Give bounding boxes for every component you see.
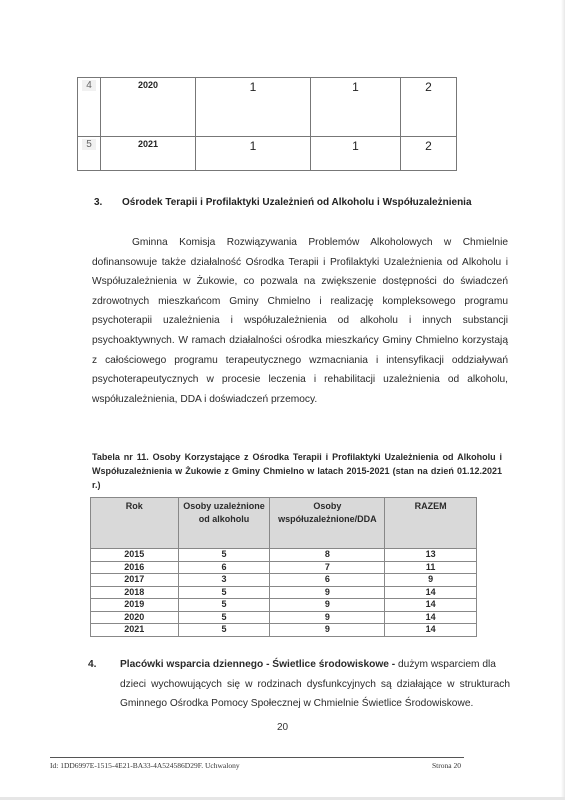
table-row: 20155813 bbox=[91, 549, 477, 562]
value-cell: 5 bbox=[178, 599, 270, 612]
section-title: Placówki wsparcia dziennego - Świetlice … bbox=[120, 659, 395, 670]
value-cell: 6 bbox=[270, 574, 385, 587]
year-cell: 2019 bbox=[91, 599, 179, 612]
paragraph-text: Gminna Komisja Rozwiązywania Problemów A… bbox=[92, 237, 508, 405]
footer-divider bbox=[50, 757, 464, 758]
value-cell: 1 bbox=[196, 137, 311, 171]
section-3-paragraph: Gminna Komisja Rozwiązywania Problemów A… bbox=[92, 233, 508, 409]
previous-table-continuation: 4 2020 1 1 2 5 2021 1 1 2 bbox=[77, 77, 457, 171]
value-cell: 1 bbox=[196, 78, 311, 137]
table-row: 2017369 bbox=[91, 574, 477, 587]
value-cell: 1 bbox=[311, 78, 401, 137]
value-cell: 5 bbox=[178, 624, 270, 637]
value-cell: 14 bbox=[385, 611, 477, 624]
year-cell: 2017 bbox=[91, 574, 179, 587]
row-number: 4 bbox=[82, 80, 96, 91]
footer-document-id: Id: 1DD6997E-1515-4E21-BA33-4A524586D29F… bbox=[50, 761, 240, 770]
value-cell: 8 bbox=[270, 549, 385, 562]
section-text: dużym wsparciem dla bbox=[395, 659, 496, 670]
value-cell: 9 bbox=[270, 611, 385, 624]
table-row: 20185914 bbox=[91, 586, 477, 599]
table-row: 20166711 bbox=[91, 561, 477, 574]
header-rok: Rok bbox=[91, 498, 179, 549]
value-cell: 9 bbox=[385, 574, 477, 587]
value-cell: 6 bbox=[178, 561, 270, 574]
footer-page-label: Strona 20 bbox=[432, 761, 461, 770]
value-cell: 5 bbox=[178, 549, 270, 562]
section-4: 4.Placówki wsparcia dziennego - Świetlic… bbox=[88, 655, 510, 714]
value-cell: 11 bbox=[385, 561, 477, 574]
table-row: 5 2021 1 1 2 bbox=[78, 137, 457, 171]
value-cell: 9 bbox=[270, 586, 385, 599]
row-number: 5 bbox=[82, 139, 96, 150]
value-cell: 14 bbox=[385, 624, 477, 637]
table-header-row: Rok Osoby uzależnione od alkoholu Osoby … bbox=[91, 498, 477, 549]
header-wspoluzaleznione: Osoby współuzależnione/DDA bbox=[270, 498, 385, 549]
value-cell: 9 bbox=[270, 624, 385, 637]
table-body: 2015581320166711201736920185914201959142… bbox=[91, 549, 477, 637]
table-row: 4 2020 1 1 2 bbox=[78, 78, 457, 137]
year-cell: 2020 bbox=[101, 78, 196, 137]
table-row: 20195914 bbox=[91, 599, 477, 612]
value-cell: 13 bbox=[385, 549, 477, 562]
header-razem: RAZEM bbox=[385, 498, 477, 549]
section-number: 4. bbox=[88, 655, 120, 675]
value-cell: 7 bbox=[270, 561, 385, 574]
value-cell: 1 bbox=[311, 137, 401, 171]
document-page: 4 2020 1 1 2 5 2021 1 1 2 3.Ośrodek Tera… bbox=[0, 0, 565, 800]
value-cell: 5 bbox=[178, 611, 270, 624]
table-11: Rok Osoby uzależnione od alkoholu Osoby … bbox=[90, 497, 477, 637]
section-text-continuation: dzieci wychowujących się w rodzinach dys… bbox=[88, 675, 510, 714]
value-cell: 5 bbox=[178, 586, 270, 599]
section-3-heading: 3.Ośrodek Terapii i Profilaktyki Uzależn… bbox=[94, 197, 472, 208]
header-uzaleznione: Osoby uzależnione od alkoholu bbox=[178, 498, 270, 549]
year-cell: 2016 bbox=[91, 561, 179, 574]
section-title: Ośrodek Terapii i Profilaktyki Uzależnie… bbox=[122, 197, 472, 208]
table-row: 20205914 bbox=[91, 611, 477, 624]
year-cell: 2015 bbox=[91, 549, 179, 562]
year-cell: 2020 bbox=[91, 611, 179, 624]
value-cell: 9 bbox=[270, 599, 385, 612]
page-edge-shadow bbox=[561, 0, 565, 800]
year-cell: 2018 bbox=[91, 586, 179, 599]
value-cell: 14 bbox=[385, 599, 477, 612]
value-cell: 14 bbox=[385, 586, 477, 599]
value-cell: 2 bbox=[401, 78, 457, 137]
table-caption: Tabela nr 11. Osoby Korzystające z Ośrod… bbox=[92, 450, 502, 492]
table-row: 20215914 bbox=[91, 624, 477, 637]
year-cell: 2021 bbox=[101, 137, 196, 171]
year-cell: 2021 bbox=[91, 624, 179, 637]
section-number: 3. bbox=[94, 197, 122, 208]
page-number: 20 bbox=[0, 722, 565, 733]
value-cell: 2 bbox=[401, 137, 457, 171]
value-cell: 3 bbox=[178, 574, 270, 587]
